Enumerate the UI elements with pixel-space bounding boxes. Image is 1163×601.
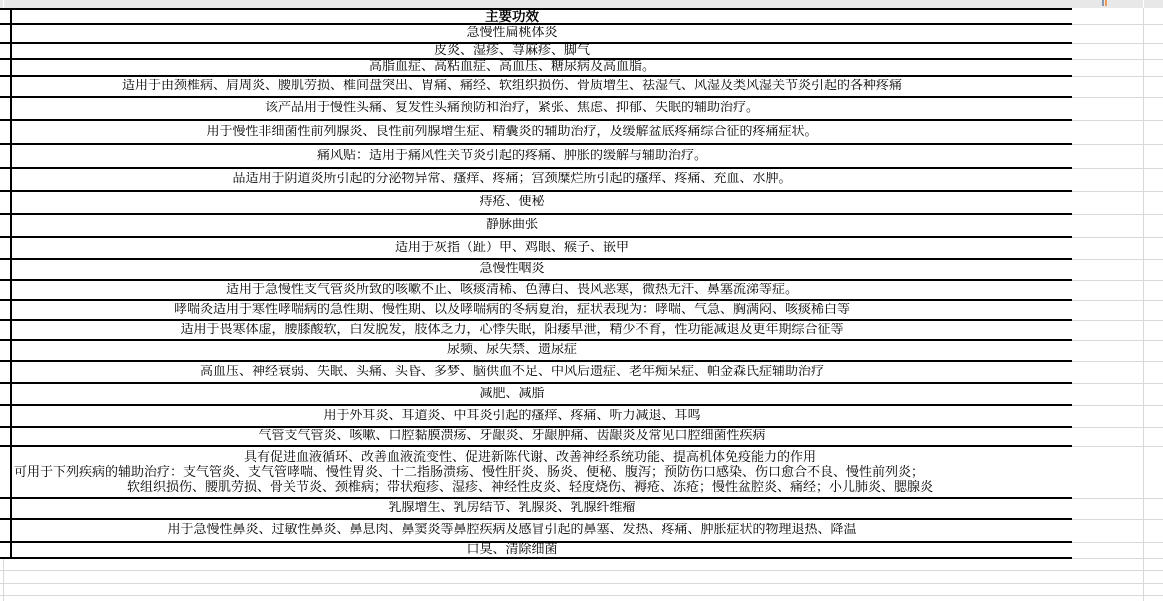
table-row: 适用于急慢性支气管炎所致的咳嗽不止、咳痰清稀、色薄白、畏风恶寒，微热无汗、鼻塞流… — [0, 281, 1163, 301]
cell-text: 急慢性扁桃体炎 — [0, 26, 1072, 40]
column-gap — [3, 0, 4, 8]
cell-text: 适用于灰指（趾）甲、鸡眼、瘊子、嵌甲 — [0, 241, 1072, 255]
table-row: 减肥、减脂 — [0, 384, 1163, 406]
adjacent-empty-cell[interactable] — [1072, 238, 1163, 260]
cell-text: 用于慢性非细菌性前列腺炎、良性前列腺增生症、精囊炎的辅助治疗，及缓解盆底疼痛综合… — [0, 125, 1072, 139]
row-cell[interactable]: 适用于灰指（趾）甲、鸡眼、瘊子、嵌甲 — [0, 238, 1072, 260]
table-row: 适用于由颈椎病、肩周炎、腰肌劳损、椎间盘突出、胃痛、痛经、软组织损伤、骨质增生、… — [0, 77, 1163, 98]
cell-text: 适用于急慢性支气管炎所致的咳嗽不止、咳痰清稀、色薄白、畏风恶寒，微热无汗、鼻塞流… — [0, 283, 1072, 297]
header-cell[interactable]: 主要功效 — [0, 8, 1072, 25]
row-cell[interactable]: 痛风贴：适用于痛风性关节炎引起的疼痛、肿胀的缓解与辅助治疗。 — [0, 145, 1072, 169]
adjacent-empty-cell[interactable] — [1072, 77, 1163, 98]
cell-text: 口臭、清除细菌 — [0, 543, 1072, 557]
spreadsheet-viewport: 主要功效急慢性扁桃体炎皮炎、湿疹、荨麻疹、脚气高脂血症、高粘血症、高血压、糖尿病… — [0, 0, 1163, 601]
row-cell[interactable]: 急慢性扁桃体炎 — [0, 25, 1072, 44]
table-row: 静脉曲张 — [0, 215, 1163, 238]
row-cell[interactable]: 适用于急慢性支气管炎所致的咳嗽不止、咳痰清稀、色薄白、畏风恶寒，微热无汗、鼻塞流… — [0, 281, 1072, 301]
adjacent-empty-cell[interactable] — [1072, 121, 1163, 145]
adjacent-empty-cell[interactable] — [1072, 145, 1163, 169]
multiline-cell-text: 具有促进血液循环、改善血液流变性、促进新陈代谢、改善神经系统功能、提高机体免疫能… — [0, 448, 1072, 497]
adjacent-empty-cell[interactable] — [1072, 281, 1163, 301]
row-cell[interactable]: 乳腺增生、乳房结节、乳腺炎、乳腺纤维瘤 — [0, 499, 1072, 520]
table-row: 适用于畏寒体虚，腰膝酸软，白发脱发，肢体乏力，心悸失眠，阳痿早泄，精少不育，性功… — [0, 321, 1163, 341]
table-row: 高血压、神经衰弱、失眠、头痛、头昏、多梦、脑供血不足、中风后遗症、老年痴呆症、帕… — [0, 362, 1163, 384]
table-row: 口臭、清除细菌 — [0, 543, 1163, 559]
cell-text: 痛风贴：适用于痛风性关节炎引起的疼痛、肿胀的缓解与辅助治疗。 — [0, 149, 1072, 163]
cell-text: 尿频、尿失禁、遗尿症 — [0, 343, 1072, 357]
row-cell[interactable]: 高血压、神经衰弱、失眠、头痛、头昏、多梦、脑供血不足、中风后遗症、老年痴呆症、帕… — [0, 362, 1072, 384]
row-cell[interactable]: 急慢性咽炎 — [0, 260, 1072, 281]
adjacent-empty-cell[interactable] — [1072, 543, 1163, 559]
adjacent-empty-cell[interactable] — [1072, 169, 1163, 192]
adjacent-empty-cell[interactable] — [1072, 447, 1163, 499]
row-cell[interactable]: 具有促进血液循环、改善血液流变性、促进新陈代谢、改善神经系统功能、提高机体免疫能… — [0, 447, 1072, 499]
row-cell[interactable]: 静脉曲张 — [0, 215, 1072, 238]
adjacent-empty-cell[interactable] — [1072, 260, 1163, 281]
adjacent-empty-cell[interactable] — [1072, 44, 1163, 60]
row-cell[interactable]: 适用于畏寒体虚，腰膝酸软，白发脱发，肢体乏力，心悸失眠，阳痿早泄，精少不育，性功… — [0, 321, 1072, 341]
cell-text: 痔疮、便秘 — [0, 195, 1072, 209]
empty-sheet-row[interactable] — [0, 571, 1163, 583]
table-header-row: 主要功效 — [0, 8, 1163, 25]
table-row: 高脂血症、高粘血症、高血压、糖尿病及高血脂。 — [0, 60, 1163, 77]
table-row: 品适用于阴道炎所引起的分泌物异常、瘙痒、疼痛；宫颈糜烂所引起的瘙痒、疼痛、充血、… — [0, 169, 1163, 192]
table-row: 急慢性扁桃体炎 — [0, 25, 1163, 44]
adjacent-empty-cell[interactable] — [1072, 60, 1163, 77]
adjacent-empty-cell[interactable] — [1072, 301, 1163, 321]
header-cell-text: 主要功效 — [0, 10, 1072, 23]
cell-text: 皮炎、湿疹、荨麻疹、脚气 — [0, 44, 1072, 58]
row-cell[interactable]: 口臭、清除细菌 — [0, 543, 1072, 559]
row-cell[interactable]: 减肥、减脂 — [0, 384, 1072, 406]
table-row: 具有促进血液循环、改善血液流变性、促进新陈代谢、改善神经系统功能、提高机体免疫能… — [0, 447, 1163, 499]
table-row: 痛风贴：适用于痛风性关节炎引起的疼痛、肿胀的缓解与辅助治疗。 — [0, 145, 1163, 169]
table-row: 皮炎、湿疹、荨麻疹、脚气 — [0, 44, 1163, 60]
row-cell[interactable]: 品适用于阴道炎所引起的分泌物异常、瘙痒、疼痛；宫颈糜烂所引起的瘙痒、疼痛、充血、… — [0, 169, 1072, 192]
row-cell[interactable]: 高脂血症、高粘血症、高血压、糖尿病及高血脂。 — [0, 60, 1072, 77]
adjacent-empty-cell[interactable] — [1072, 8, 1163, 25]
marker-left-half — [1102, 0, 1104, 6]
cell-text: 适用于由颈椎病、肩周炎、腰肌劳损、椎间盘突出、胃痛、痛经、软组织损伤、骨质增生、… — [0, 79, 1072, 93]
column-d-gridline — [1143, 8, 1144, 601]
cell-text: 减肥、减脂 — [0, 387, 1072, 401]
adjacent-empty-cell[interactable] — [1072, 520, 1163, 543]
adjacent-empty-cell[interactable] — [1072, 362, 1163, 384]
cell-text: 气管支气管炎、咳嗽、口腔黏膜溃疡、牙龈炎、牙龈肿痛、齿龈炎及常见口腔细菌性疾病 — [0, 429, 1072, 443]
row-cell[interactable]: 用于慢性非细菌性前列腺炎、良性前列腺增生症、精囊炎的辅助治疗，及缓解盆底疼痛综合… — [0, 121, 1072, 145]
cell-text: 用于外耳炎、耳道炎、中耳炎引起的瘙痒、疼痛、听力减退、耳鸣 — [0, 409, 1072, 423]
table-row: 适用于灰指（趾）甲、鸡眼、瘊子、嵌甲 — [0, 238, 1163, 260]
adjacent-empty-cell[interactable] — [1072, 428, 1163, 447]
efficacy-table: 主要功效急慢性扁桃体炎皮炎、湿疹、荨麻疹、脚气高脂血症、高粘血症、高血压、糖尿病… — [0, 8, 1163, 559]
adjacent-empty-cell[interactable] — [1072, 215, 1163, 238]
column-a-gridline — [3, 559, 4, 601]
cell-text: 该产品用于慢性头痛、复发性头痛预防和治疗，紧张、焦虑、抑郁、失眠的辅助治疗。 — [0, 101, 1072, 115]
row-cell[interactable]: 尿频、尿失禁、遗尿症 — [0, 341, 1072, 362]
cell-text: 高血压、神经衰弱、失眠、头痛、头昏、多梦、脑供血不足、中风后遗症、老年痴呆症、帕… — [0, 365, 1072, 379]
row-cell[interactable]: 该产品用于慢性头痛、复发性头痛预防和治疗，紧张、焦虑、抑郁、失眠的辅助治疗。 — [0, 98, 1072, 121]
table-row: 用于外耳炎、耳道炎、中耳炎引起的瘙痒、疼痛、听力减退、耳鸣 — [0, 406, 1163, 428]
table-row: 哮喘灸适用于寒性哮喘病的急性期、慢性期、以及哮喘病的冬病夏治，症状表现为：哮喘、… — [0, 301, 1163, 321]
cell-text-line: 软组织损伤、腰肌劳损、骨关节炎、颈椎病；带状疱疹、湿疹、神经性皮炎、轻度烧伤、褥… — [14, 480, 1046, 495]
empty-grid-rows — [0, 559, 1163, 596]
cell-text: 用于急慢性鼻炎、过敏性鼻炎、鼻息肉、鼻窦炎等鼻腔疾病及感冒引起的鼻塞、发热、疼痛… — [0, 523, 1072, 537]
cell-text: 急慢性咽炎 — [0, 262, 1072, 276]
cell-text: 品适用于阴道炎所引起的分泌物异常、瘙痒、疼痛；宫颈糜烂所引起的瘙痒、疼痛、充血、… — [0, 172, 1072, 186]
cell-text: 哮喘灸适用于寒性哮喘病的急性期、慢性期、以及哮喘病的冬病夏治，症状表现为：哮喘、… — [0, 303, 1072, 317]
cell-text: 高脂血症、高粘血症、高血压、糖尿病及高血脂。 — [0, 60, 1072, 74]
cell-text: 适用于畏寒体虚，腰膝酸软，白发脱发，肢体乏力，心悸失眠，阳痿早泄，精少不育，性功… — [0, 323, 1072, 337]
marker-right-half — [1105, 0, 1107, 6]
cell-text-line: 具有促进血液循环、改善血液流变性、促进新陈代谢、改善神经系统功能、提高机体免疫能… — [14, 450, 1046, 465]
embedded-object-marker-icon — [1102, 0, 1107, 6]
column-gap — [1143, 0, 1144, 8]
row-cell[interactable]: 用于外耳炎、耳道炎、中耳炎引起的瘙痒、疼痛、听力减退、耳鸣 — [0, 406, 1072, 428]
table-row: 用于急慢性鼻炎、过敏性鼻炎、鼻息肉、鼻窦炎等鼻腔疾病及感冒引起的鼻塞、发热、疼痛… — [0, 520, 1163, 543]
table-row: 乳腺增生、乳房结节、乳腺炎、乳腺纤维瘤 — [0, 499, 1163, 520]
cell-text: 乳腺增生、乳房结节、乳腺炎、乳腺纤维瘤 — [0, 501, 1072, 515]
adjacent-empty-cell[interactable] — [1072, 25, 1163, 44]
table-row: 该产品用于慢性头痛、复发性头痛预防和治疗，紧张、焦虑、抑郁、失眠的辅助治疗。 — [0, 98, 1163, 121]
row-cell[interactable]: 气管支气管炎、咳嗽、口腔黏膜溃疡、牙龈炎、牙龈肿痛、齿龈炎及常见口腔细菌性疾病 — [0, 428, 1072, 447]
adjacent-empty-cell[interactable] — [1072, 499, 1163, 520]
table-row: 急慢性咽炎 — [0, 260, 1163, 281]
table-row: 用于慢性非细菌性前列腺炎、良性前列腺增生症、精囊炎的辅助治疗，及缓解盆底疼痛综合… — [0, 121, 1163, 145]
clipped-row-sliver — [0, 0, 1163, 8]
empty-sheet-row[interactable] — [0, 584, 1163, 596]
row-cell[interactable]: 适用于由颈椎病、肩周炎、腰肌劳损、椎间盘突出、胃痛、痛经、软组织损伤、骨质增生、… — [0, 77, 1072, 98]
adjacent-empty-cell[interactable] — [1072, 384, 1163, 406]
adjacent-empty-cell[interactable] — [1072, 98, 1163, 121]
cell-text: 静脉曲张 — [0, 218, 1072, 232]
row-cell[interactable]: 用于急慢性鼻炎、过敏性鼻炎、鼻息肉、鼻窦炎等鼻腔疾病及感冒引起的鼻塞、发热、疼痛… — [0, 520, 1072, 543]
empty-sheet-row[interactable] — [0, 559, 1163, 571]
adjacent-empty-cell[interactable] — [1072, 321, 1163, 341]
table-row: 气管支气管炎、咳嗽、口腔黏膜溃疡、牙龈炎、牙龈肿痛、齿龈炎及常见口腔细菌性疾病 — [0, 428, 1163, 447]
table-row: 痔疮、便秘 — [0, 192, 1163, 215]
table-row: 尿频、尿失禁、遗尿症 — [0, 341, 1163, 362]
adjacent-empty-cell[interactable] — [1072, 341, 1163, 362]
row-cell[interactable]: 痔疮、便秘 — [0, 192, 1072, 215]
cell-text-line: 可用于下列疾病的辅助治疗：支气管炎、支气管哮喘、慢性胃炎、十二指肠溃疡、慢性肝炎… — [14, 465, 1046, 480]
row-cell[interactable]: 皮炎、湿疹、荨麻疹、脚气 — [0, 44, 1072, 60]
adjacent-empty-cell[interactable] — [1072, 192, 1163, 215]
adjacent-empty-cell[interactable] — [1072, 406, 1163, 428]
row-cell[interactable]: 哮喘灸适用于寒性哮喘病的急性期、慢性期、以及哮喘病的冬病夏治，症状表现为：哮喘、… — [0, 301, 1072, 321]
